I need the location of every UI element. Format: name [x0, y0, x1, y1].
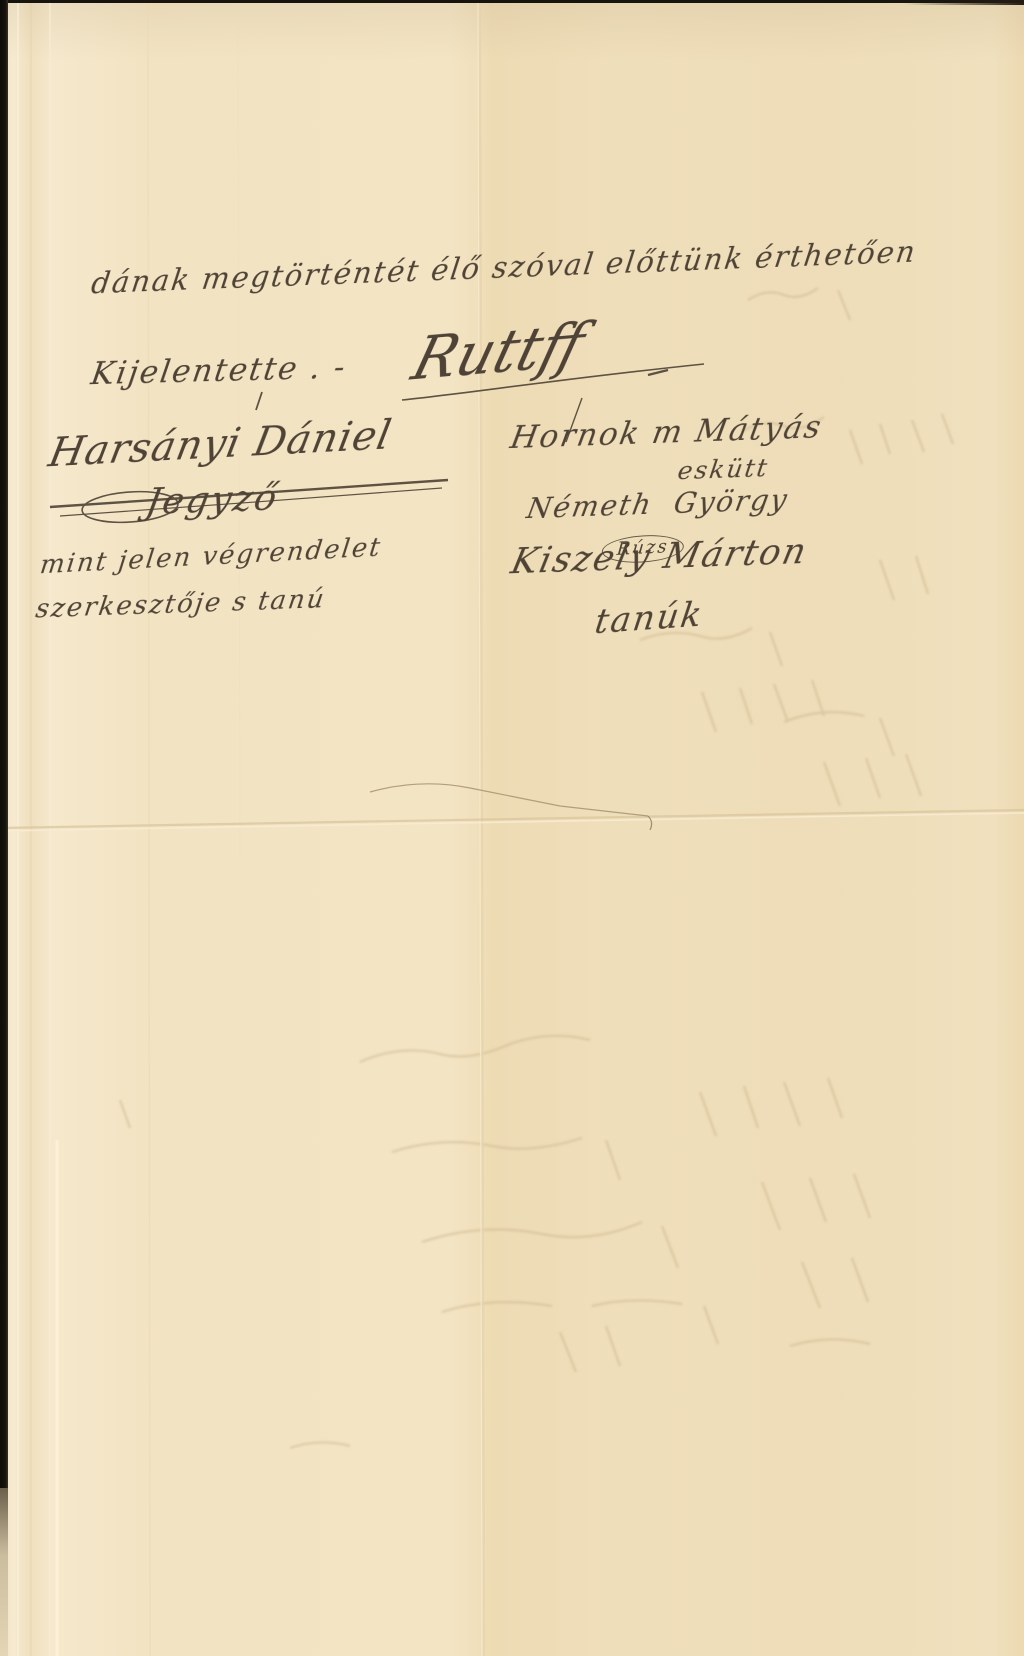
- signature-harsanyi-daniel: Harsányi Dániel: [45, 412, 396, 476]
- left-role-line-2: szerkesztője s tanú: [34, 584, 328, 624]
- body-line-2: Kijelentette . -: [89, 349, 350, 392]
- scanned-document-page: dának megtörténtét élő szóval előttünk é…: [0, 0, 1024, 1656]
- scan-edge-left: [0, 0, 8, 1488]
- notary-paraph-signature: Ruttff: [405, 309, 592, 394]
- scan-edge-top-right: [904, 0, 1024, 5]
- scan-edge-top: [0, 0, 1024, 3]
- signature-title-jegyzo: Jegyző: [143, 477, 282, 523]
- scan-edge-left-fade: [0, 1488, 8, 1656]
- left-role-line-1: mint jelen végrendelet: [38, 532, 383, 580]
- body-line-1: dának megtörténtét élő szóval előttünk é…: [89, 234, 919, 300]
- witness-1-role: eskütt: [676, 453, 771, 485]
- witnesses-label: tanúk: [592, 594, 706, 642]
- signature-witness-1: Hornok m Mátyás: [508, 409, 826, 456]
- signature-witness-3: Kiszely Márton: [507, 532, 811, 583]
